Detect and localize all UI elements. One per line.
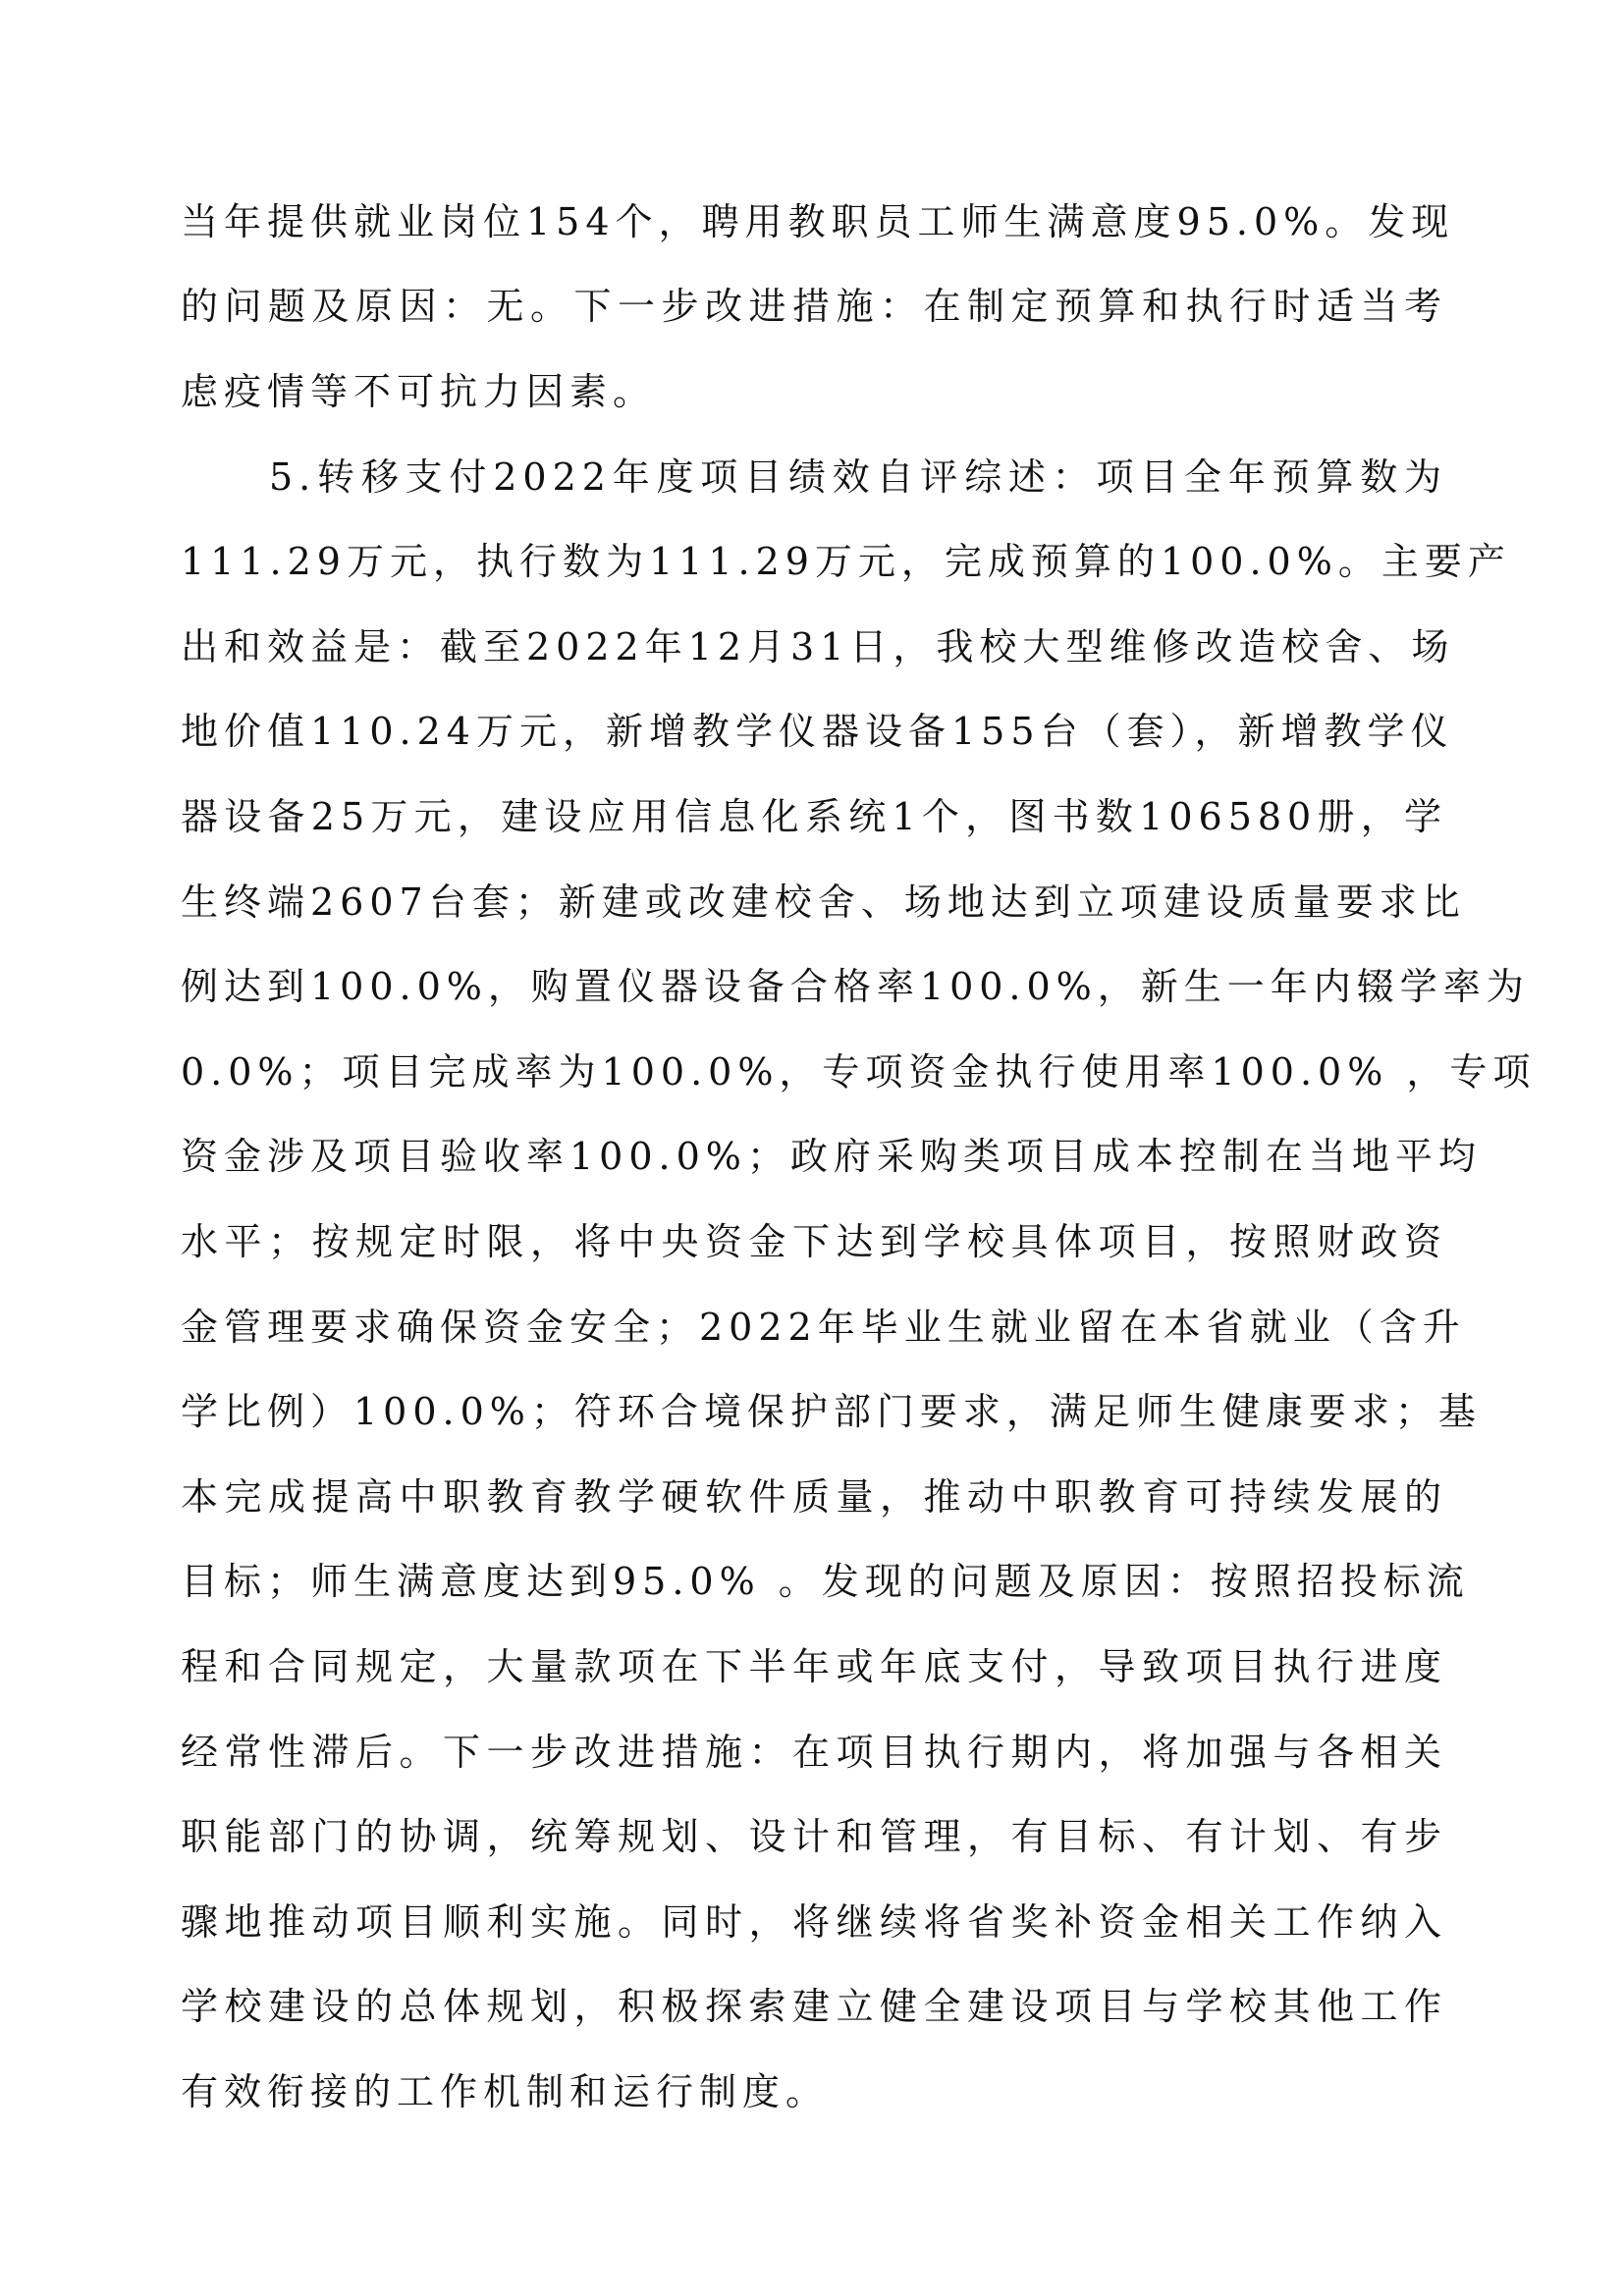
text-line: 出和效益是：截至2022年12月31日，我校大型维修改造校舍、场: [181, 605, 1447, 690]
text-line: 目标；师生满意度达到95.0% 。发现的问题及原因：按照招投标流: [181, 1539, 1447, 1625]
text-line: 经常性滞后。下一步改进措施：在项目执行期内，将加强与各相关: [181, 1710, 1447, 1795]
text-line: 的问题及原因：无。下一步改进措施：在制定预算和执行时适当考: [181, 264, 1447, 349]
text-line: 0.0%；项目完成率为100.0%，专项资金执行使用率100.0% ，专项: [181, 1030, 1447, 1115]
text-line: 学校建设的总体规划，积极探索建立健全建设项目与学校其他工作: [181, 1964, 1447, 2050]
text-line: 程和合同规定，大量款项在下半年或年底支付，导致项目执行进度: [181, 1625, 1447, 1710]
text-line: 当年提供就业岗位154个，聘用教职员工师生满意度95.0%。发现: [181, 180, 1447, 265]
text-line: 器设备25万元，建设应用信息化系统1个，图书数106580册，学: [181, 774, 1447, 860]
text-line: 金管理要求确保资金安全；2022年毕业生就业留在本省就业（含升: [181, 1285, 1447, 1370]
text-line: 生终端2607台套；新建或改建校舍、场地达到立项建设质量要求比: [181, 860, 1447, 945]
text-line: 有效衔接的工作机制和运行制度。: [181, 2050, 1447, 2135]
text-line: 骤地推动项目顺利实施。同时，将继续将省奖补资金相关工作纳入: [181, 1880, 1447, 1965]
text-line: 资金涉及项目验收率100.0%；政府采购类项目成本控制在当地平均: [181, 1114, 1447, 1200]
text-line: 例达到100.0%，购置仪器设备合格率100.0%，新生一年内辍学率为: [181, 944, 1447, 1030]
paragraph-5-first-line: 5.转移支付2022年度项目绩效自评综述：项目全年预算数为: [269, 435, 1447, 520]
text-line: 本完成提高中职教育教学硬软件质量，推动中职教育可持续发展的: [181, 1455, 1447, 1540]
text-line: 学比例）100.0%；符环合境保护部门要求，满足师生健康要求；基: [181, 1369, 1447, 1455]
document-page: 当年提供就业岗位154个，聘用教职员工师生满意度95.0%。发现 的问题及原因：…: [0, 0, 1624, 2296]
text-line: 职能部门的协调，统筹规划、设计和管理，有目标、有计划、有步: [181, 1794, 1447, 1880]
text-line: 地价值110.24万元，新增教学仪器设备155台（套），新增教学仪: [181, 689, 1447, 774]
text-line: 111.29万元，执行数为111.29万元，完成预算的100.0%。主要产: [181, 519, 1447, 605]
text-line: 虑疫情等不可抗力因素。: [181, 349, 1447, 435]
text-line: 水平；按规定时限，将中央资金下达到学校具体项目，按照财政资: [181, 1200, 1447, 1285]
